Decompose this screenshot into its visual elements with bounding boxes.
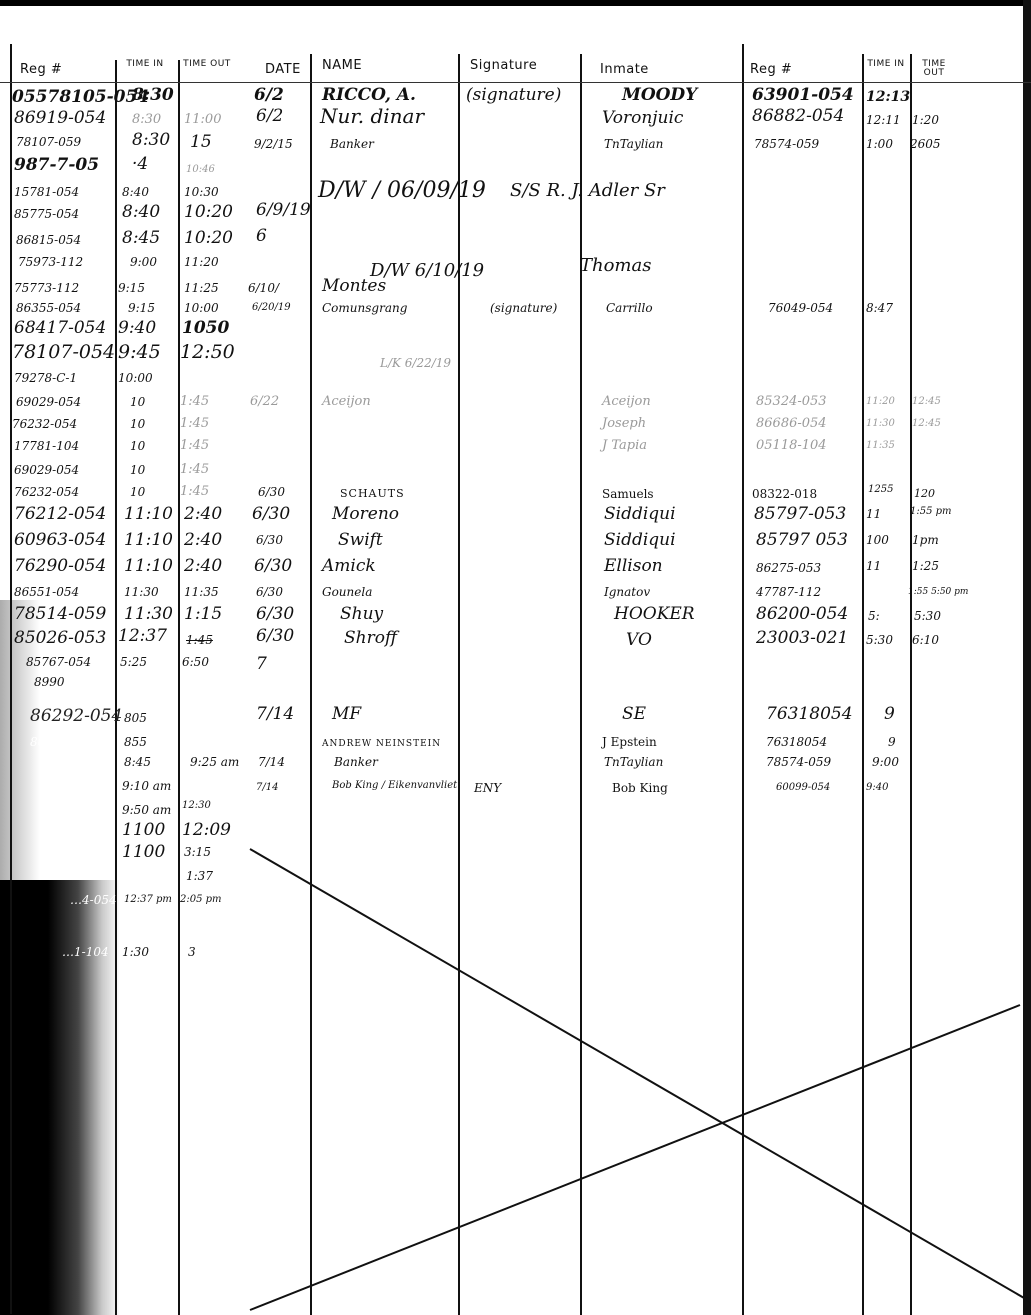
scanned-visitor-log: Reg # TIME IN TIME OUT DATE NAME Signatu… [0,0,1031,1315]
cross-out-mark [0,0,1031,1315]
